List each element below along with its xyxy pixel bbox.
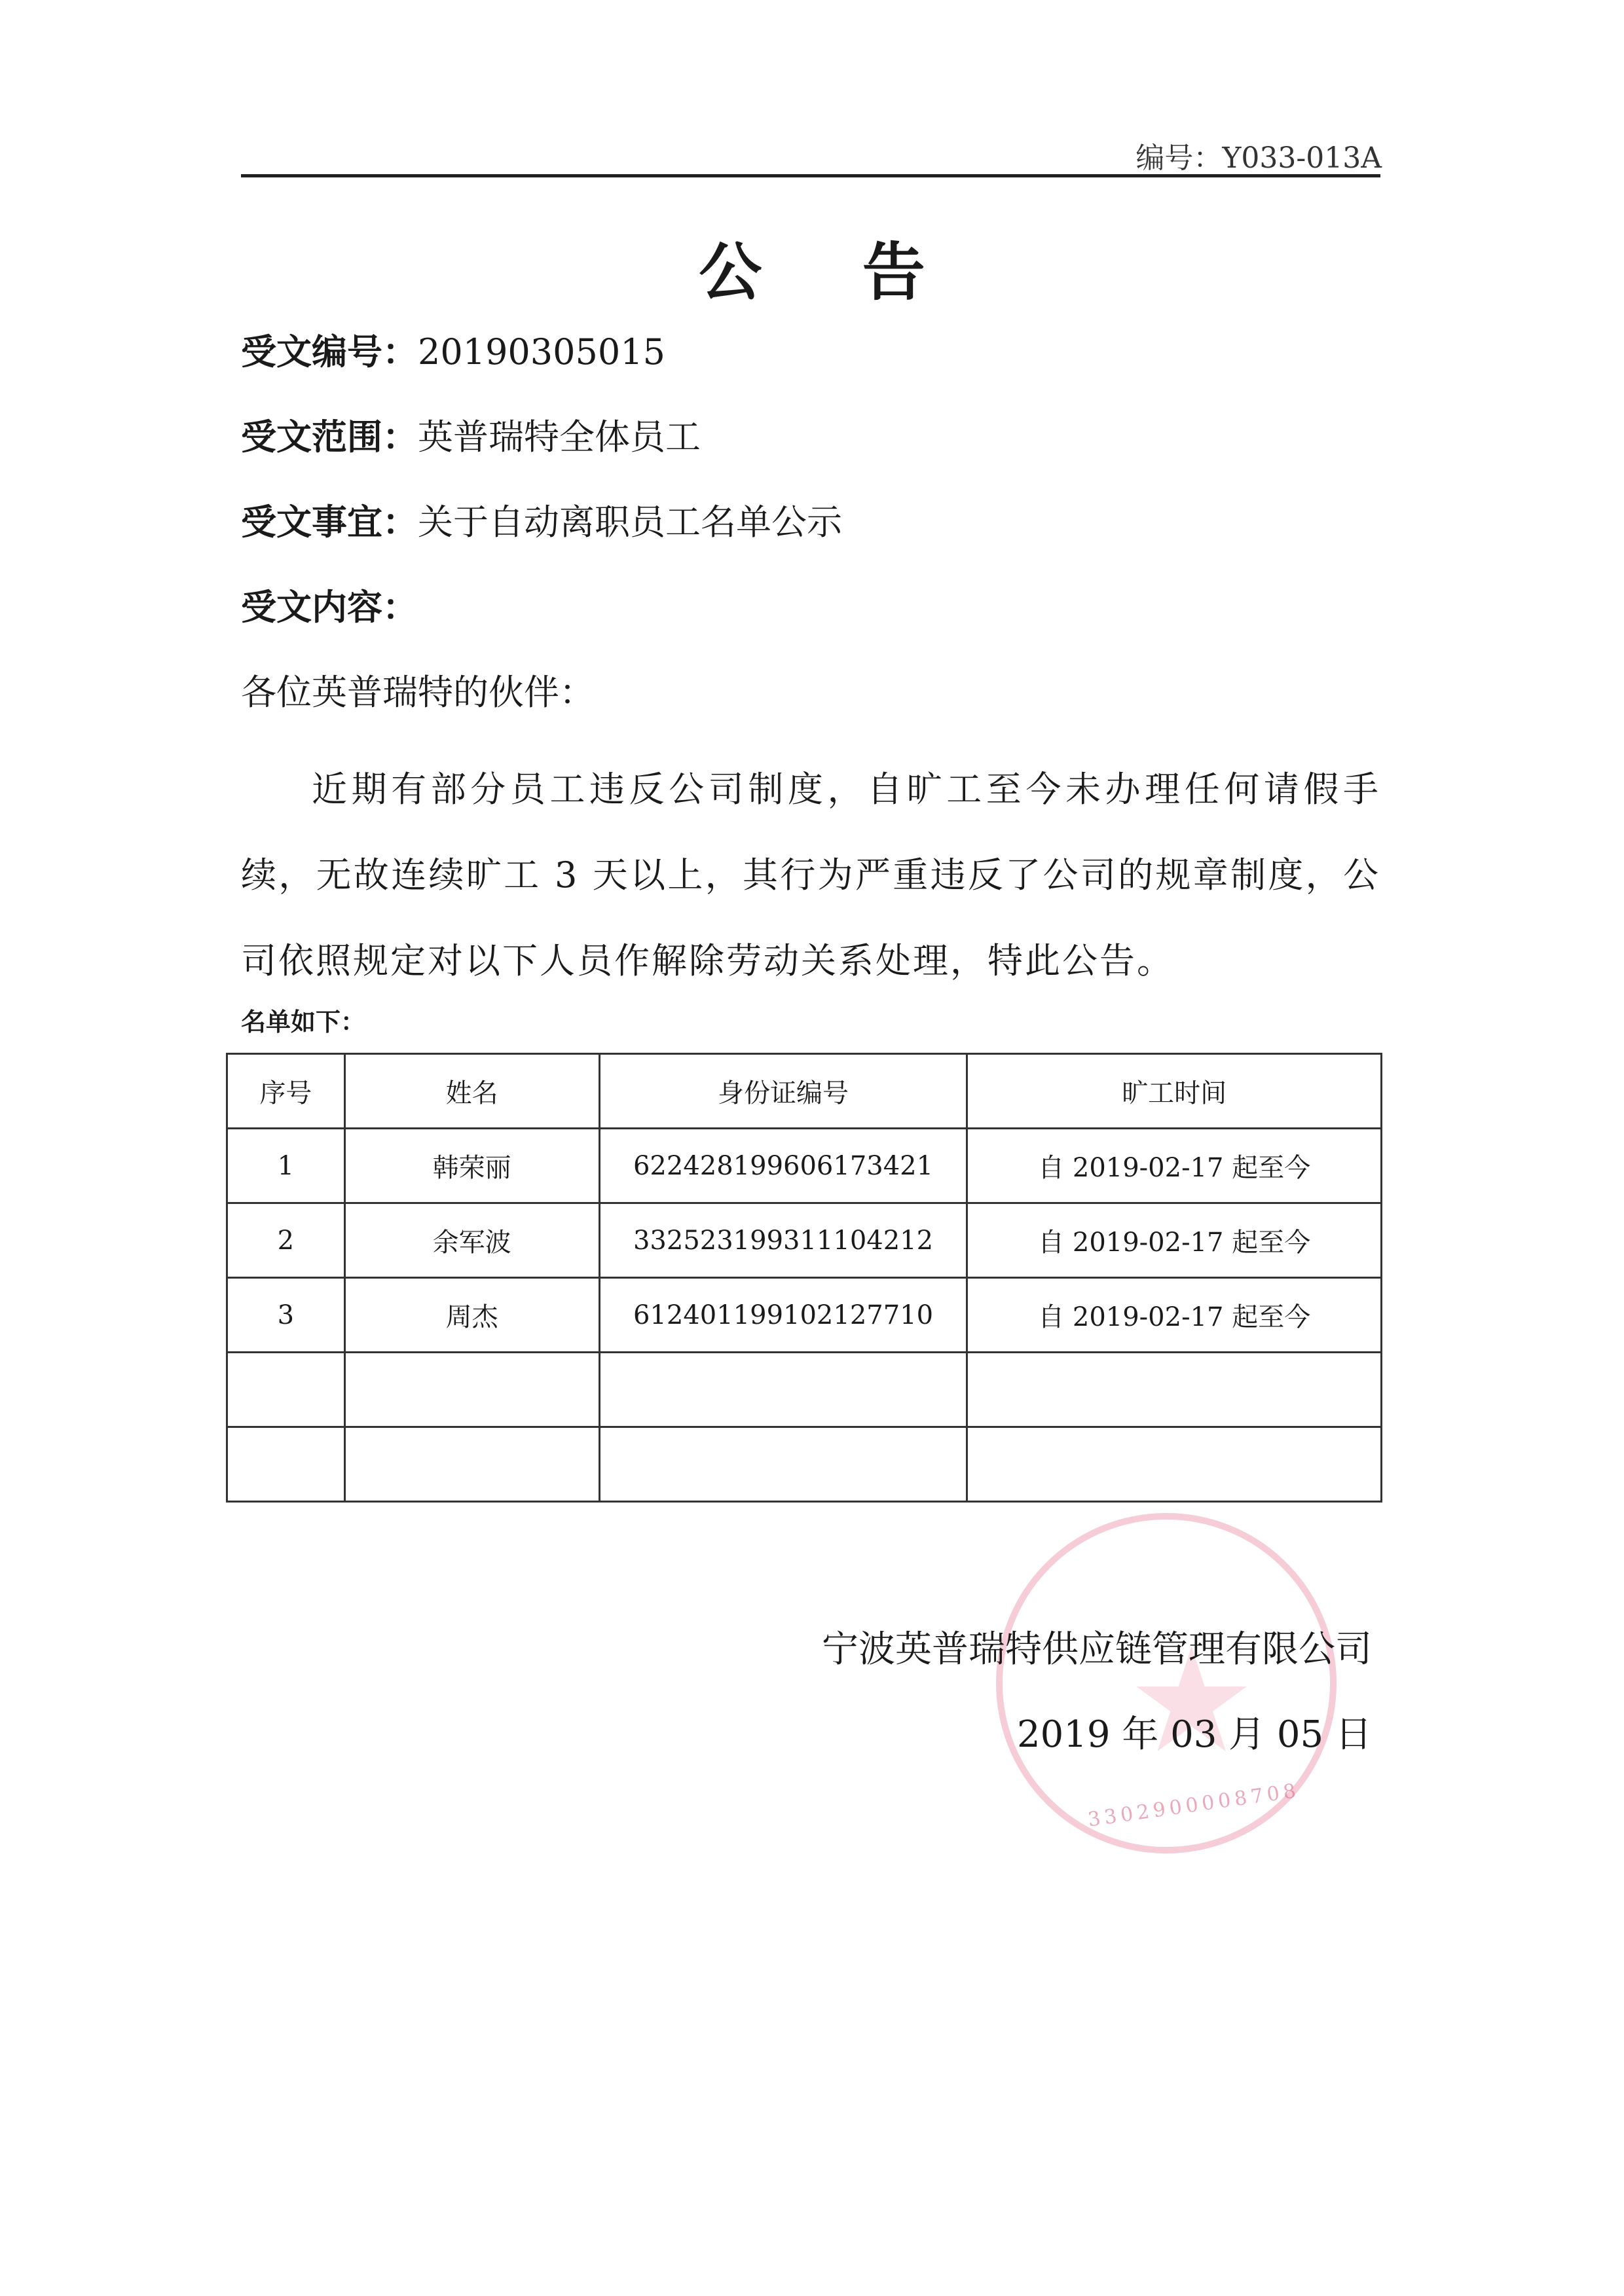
- cell-name: 韩荣丽: [344, 1129, 599, 1203]
- field-scope: 受文范围：英普瑞特全体员工: [241, 409, 701, 460]
- table-row: 3 周杰 612401199102127710 自 2019-02-17 起至今: [227, 1278, 1382, 1353]
- signature-company: 宁波英普瑞特供应链管理有限公司: [822, 1620, 1372, 1673]
- field-value: 关于自动离职员工名单公示: [418, 501, 842, 543]
- field-label: 受文编号：: [241, 331, 418, 373]
- header-cell: 旷工时间: [967, 1054, 1382, 1129]
- header-cell: 姓名: [344, 1054, 599, 1129]
- document-number: 编号：Y033-013A: [1135, 134, 1382, 176]
- cell-id: 622428199606173421: [599, 1129, 967, 1203]
- table-row: 2 余军波 332523199311104212 自 2019-02-17 起至…: [227, 1203, 1382, 1278]
- cell-absence: 自 2019-02-17 起至今: [967, 1129, 1382, 1203]
- cell-absence: 自 2019-02-17 起至今: [967, 1278, 1382, 1353]
- cell-id: [599, 1427, 967, 1502]
- table-row-empty: [227, 1353, 1382, 1427]
- cell-name: [344, 1353, 599, 1427]
- field-value: 20190305015: [418, 331, 665, 373]
- table-row-empty: [227, 1427, 1382, 1502]
- cell-id: [599, 1353, 967, 1427]
- dismissal-table: 序号 姓名 身份证编号 旷工时间 1 韩荣丽 62242819960617342…: [226, 1053, 1382, 1503]
- cell-seq: 3: [227, 1278, 345, 1353]
- cell-absence: [967, 1353, 1382, 1427]
- header-cell: 序号: [227, 1054, 345, 1129]
- signature-date: 2019 年 03 月 05 日: [1017, 1705, 1372, 1758]
- cell-name: 余军波: [344, 1203, 599, 1278]
- cell-seq: [227, 1353, 345, 1427]
- cell-seq: 1: [227, 1129, 345, 1203]
- cell-name: [344, 1427, 599, 1502]
- field-label: 受文内容：: [241, 586, 418, 628]
- field-value: 英普瑞特全体员工: [418, 416, 701, 458]
- list-label: 名单如下：: [241, 1002, 365, 1038]
- cell-absence: [967, 1427, 1382, 1502]
- field-content: 受文内容：: [241, 579, 418, 630]
- header-cell: 身份证编号: [599, 1054, 967, 1129]
- cell-id: 612401199102127710: [599, 1278, 967, 1353]
- cell-absence: 自 2019-02-17 起至今: [967, 1203, 1382, 1278]
- cell-seq: 2: [227, 1203, 345, 1278]
- table-row: 1 韩荣丽 622428199606173421 自 2019-02-17 起至…: [227, 1129, 1382, 1203]
- doc-number-label: 编号：: [1135, 141, 1222, 175]
- field-subject: 受文事宜：关于自动离职员工名单公示: [241, 494, 842, 545]
- field-label: 受文范围：: [241, 416, 418, 458]
- field-doc-id: 受文编号：20190305015: [241, 324, 665, 374]
- greeting: 各位英普瑞特的伙伴：: [241, 665, 595, 715]
- body-paragraph: 近期有部分员工违反公司制度，自旷工至今未办理任何请假手续，无故连续旷工 3 天以…: [241, 746, 1380, 1004]
- header-rule: [241, 174, 1380, 177]
- cell-name: 周杰: [344, 1278, 599, 1353]
- page-title: 公 告: [0, 223, 1624, 312]
- doc-number-value: Y033-013A: [1222, 141, 1382, 175]
- cell-seq: [227, 1427, 345, 1502]
- field-label: 受文事宜：: [241, 501, 418, 543]
- cell-id: 332523199311104212: [599, 1203, 967, 1278]
- table-header-row: 序号 姓名 身份证编号 旷工时间: [227, 1054, 1382, 1129]
